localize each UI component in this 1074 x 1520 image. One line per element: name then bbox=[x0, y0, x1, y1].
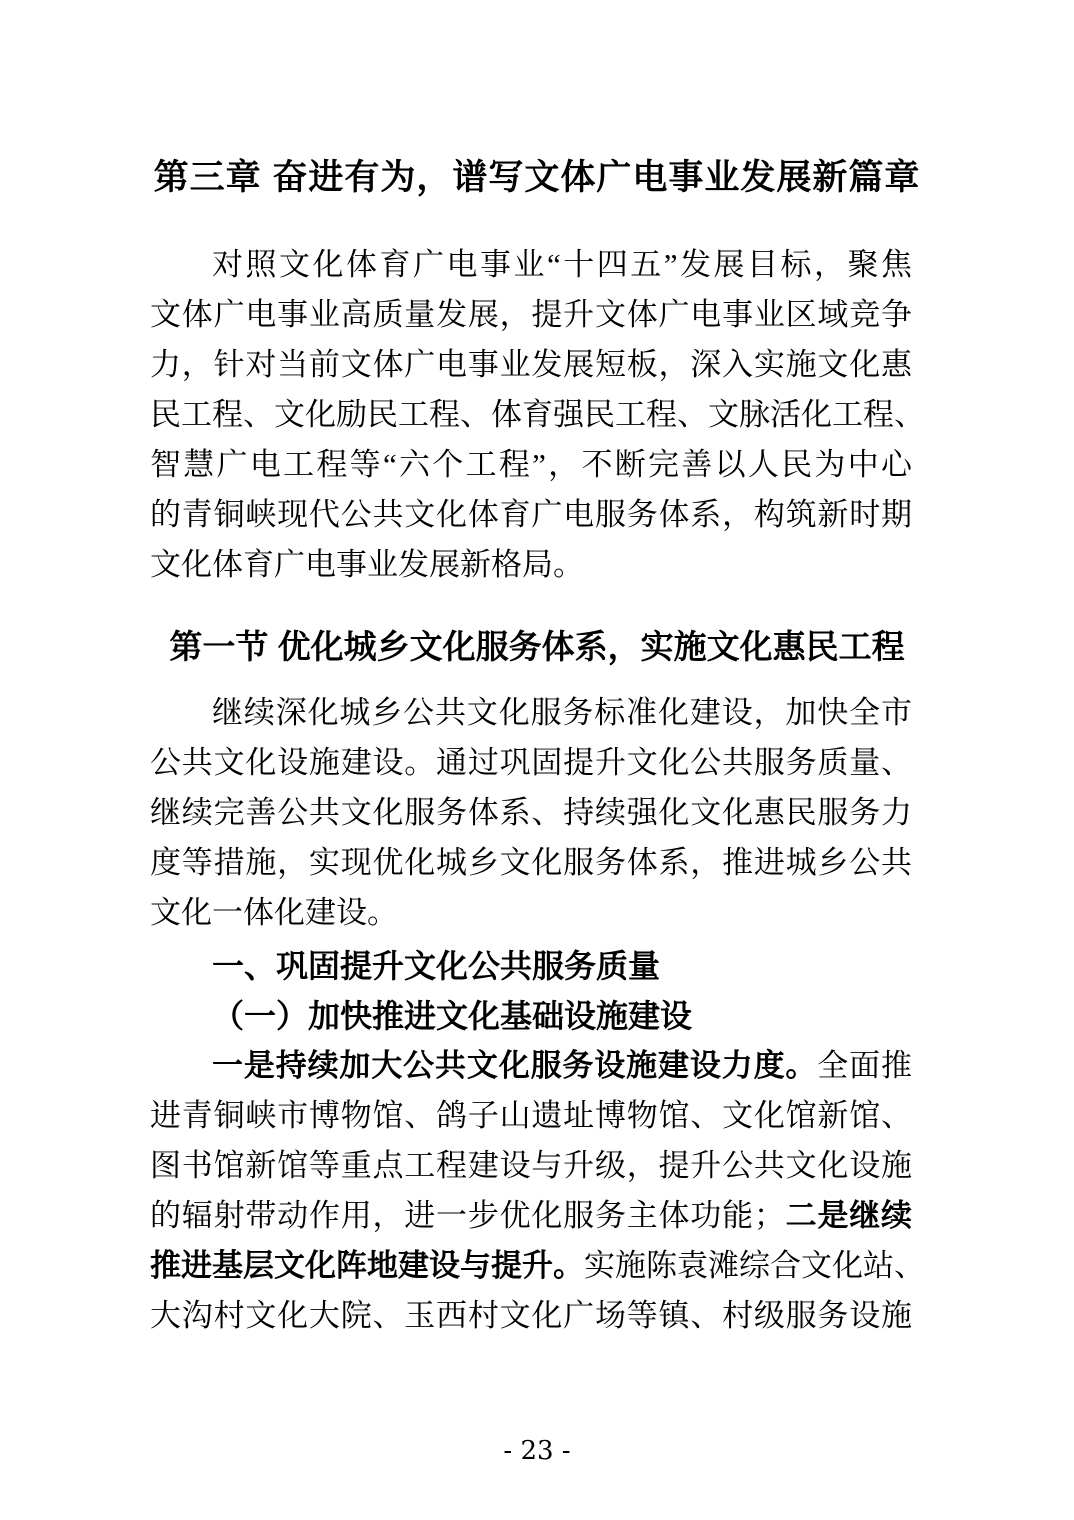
section-title: 第一节 优化城乡文化服务体系，实施文化惠民工程 bbox=[0, 624, 1074, 670]
text-line: 文化一体化建设。 bbox=[150, 888, 912, 938]
bold-run: 推进基层文化阵地建设与提升。 bbox=[150, 1248, 584, 1283]
text-run: 的辐射带动作用，进一步优化服务主体功能； bbox=[150, 1198, 785, 1233]
text-line: 进青铜峡市博物馆、鸽子山遗址博物馆、文化馆新馆、 bbox=[150, 1091, 912, 1141]
text-run: 全面推 bbox=[817, 1048, 912, 1083]
text-line: 对照文化体育广电事业“十四五”发展目标，聚焦 bbox=[150, 240, 912, 290]
text-line: 大沟村文化大院、玉西村文化广场等镇、村级服务设施 bbox=[150, 1291, 912, 1341]
text-line: 图书馆新馆等重点工程建设与升级，提升公共文化设施 bbox=[150, 1141, 912, 1191]
bold-run: 二是继续 bbox=[785, 1198, 912, 1233]
text-line: 力，针对当前文体广电事业发展短板，深入实施文化惠 bbox=[150, 340, 912, 390]
page-number: - 23 - bbox=[0, 1434, 1074, 1468]
heading-level1: 一、巩固提升文化公共服务质量 bbox=[150, 941, 912, 991]
text-run: 实施陈袁滩综合文化站、 bbox=[584, 1248, 925, 1283]
text-line: 继续深化城乡公共文化服务标准化建设，加快全市 bbox=[150, 688, 912, 738]
paragraph-measures: 一是持续加大公共文化服务设施建设力度。全面推 进青铜峡市博物馆、鸽子山遗址博物馆… bbox=[150, 1041, 912, 1341]
text-line: 推进基层文化阵地建设与提升。实施陈袁滩综合文化站、 bbox=[150, 1241, 912, 1291]
chapter-title: 第三章 奋进有为，谱写文体广电事业发展新篇章 bbox=[0, 155, 1074, 201]
document-page: 第三章 奋进有为，谱写文体广电事业发展新篇章 对照文化体育广电事业“十四五”发展… bbox=[0, 0, 1074, 1520]
text-line: 文化体育广电事业发展新格局。 bbox=[150, 540, 912, 590]
paragraph-section-intro: 继续深化城乡公共文化服务标准化建设，加快全市 公共文化设施建设。通过巩固提升文化… bbox=[150, 688, 912, 938]
heading-level2: （一）加快推进文化基础设施建设 bbox=[150, 991, 912, 1041]
text-line: 一是持续加大公共文化服务设施建设力度。全面推 bbox=[150, 1041, 912, 1091]
paragraph-intro: 对照文化体育广电事业“十四五”发展目标，聚焦 文体广电事业高质量发展，提升文体广… bbox=[150, 240, 912, 590]
text-line: 智慧广电工程等“六个工程”，不断完善以人民为中心 bbox=[150, 440, 912, 490]
text-line: 度等措施，实现优化城乡文化服务体系，推进城乡公共 bbox=[150, 838, 912, 888]
text-line: 的辐射带动作用，进一步优化服务主体功能；二是继续 bbox=[150, 1191, 912, 1241]
text-line: 的青铜峡现代公共文化体育广电服务体系，构筑新时期 bbox=[150, 490, 912, 540]
bold-run: 一是持续加大公共文化服务设施建设力度。 bbox=[212, 1048, 817, 1083]
text-line: 文体广电事业高质量发展，提升文体广电事业区域竞争 bbox=[150, 290, 912, 340]
text-line: 公共文化设施建设。通过巩固提升文化公共服务质量、 bbox=[150, 738, 912, 788]
text-line: 继续完善公共文化服务体系、持续强化文化惠民服务力 bbox=[150, 788, 912, 838]
text-line: 民工程、文化励民工程、体育强民工程、文脉活化工程、 bbox=[150, 390, 912, 440]
